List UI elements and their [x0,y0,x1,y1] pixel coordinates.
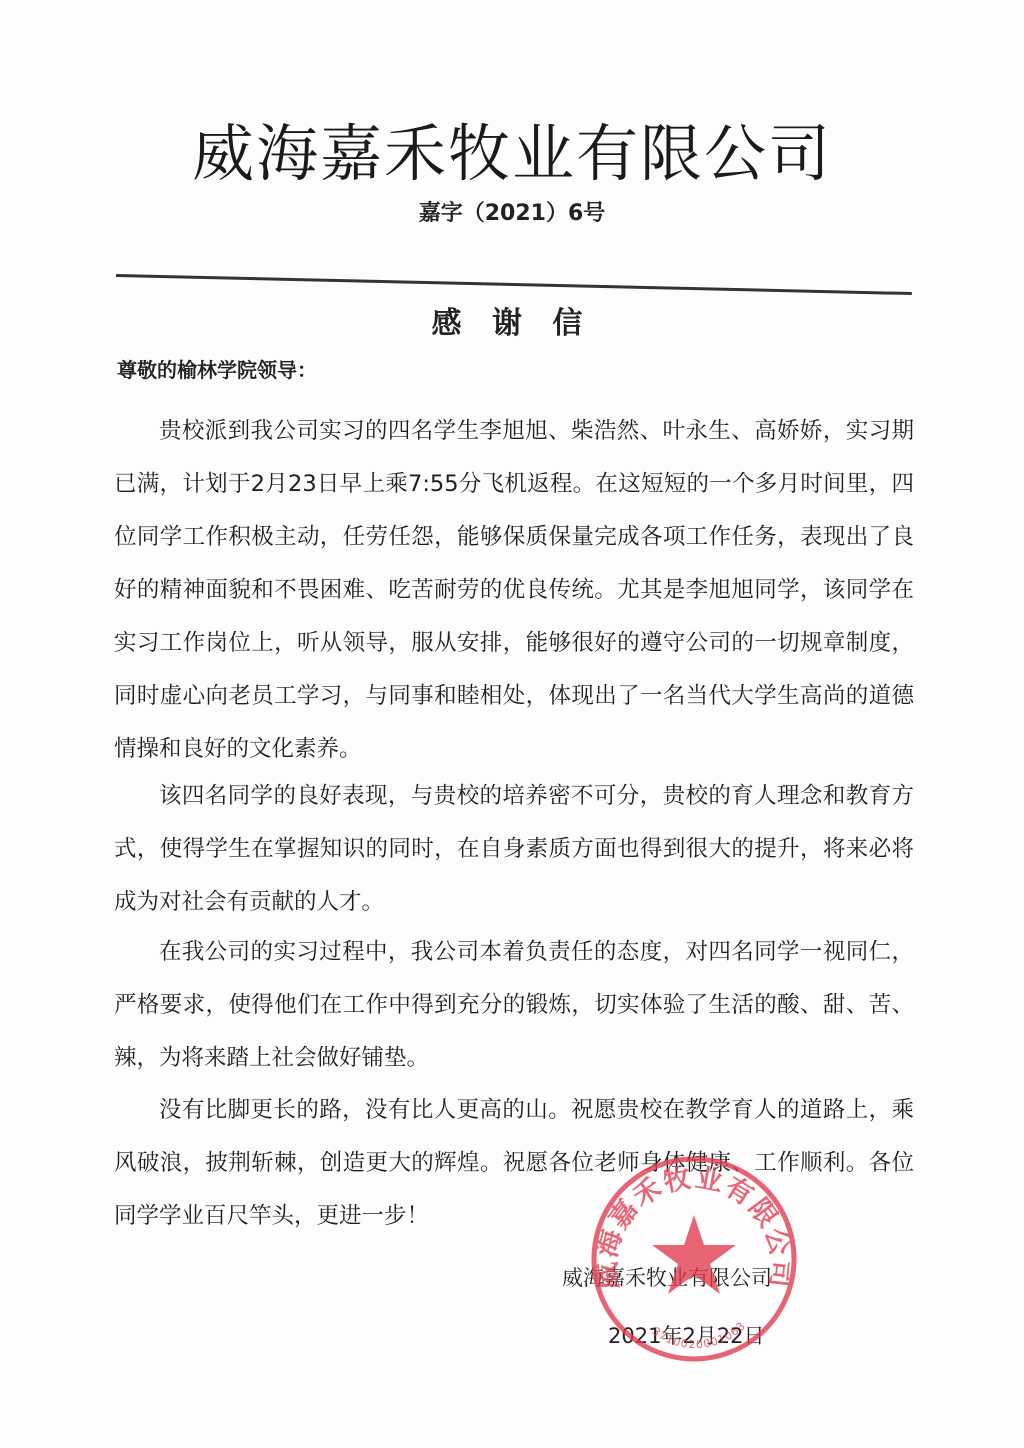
paragraph-text: 在我公司的实习过程中，我公司本着负责任的态度，对四名同学一视同仁，严格要求，使得… [114,926,914,1085]
salutation: 尊敬的榆林学院领导： [117,354,317,383]
letter-body-paragraph-3: 在我公司的实习过程中，我公司本着负责任的态度，对四名同学一视同仁，严格要求，使得… [114,926,914,1085]
letter-body-paragraph-4: 没有比脚更长的路，没有比人更高的山。祝愿贵校在教学育人的道路上，乘风破浪，披荆斩… [114,1084,914,1243]
document-page: 威海嘉禾牧业有限公司 嘉字（2021）6号 感 谢 信 尊敬的榆林学院领导： 贵… [0,0,1024,1448]
signature-date: 2021年2月22日 [608,1320,765,1350]
document-number: 嘉字（2021）6号 [0,196,1024,227]
company-letterhead-title: 威海嘉禾牧业有限公司 [0,104,1024,193]
header-divider [116,274,912,295]
letter-body-paragraph-1: 贵校派到我公司实习的四名学生李旭旭、柴浩然、叶永生、高娇娇，实习期已满，计划于2… [114,405,914,776]
paragraph-text: 该四名同学的良好表现，与贵校的培养密不可分，贵校的育人理念和教育方式，使得学生在… [114,770,914,929]
paragraph-text: 贵校派到我公司实习的四名学生李旭旭、柴浩然、叶永生、高娇娇，实习期已满，计划于2… [114,405,914,776]
letter-title: 感 谢 信 [0,298,1024,342]
letter-body-paragraph-2: 该四名同学的良好表现，与贵校的培养密不可分，贵校的育人理念和教育方式，使得学生在… [114,770,914,929]
paragraph-text: 没有比脚更长的路，没有比人更高的山。祝愿贵校在教学育人的道路上，乘风破浪，披荆斩… [114,1084,914,1243]
signature-company: 威海嘉禾牧业有限公司 [562,1262,772,1292]
